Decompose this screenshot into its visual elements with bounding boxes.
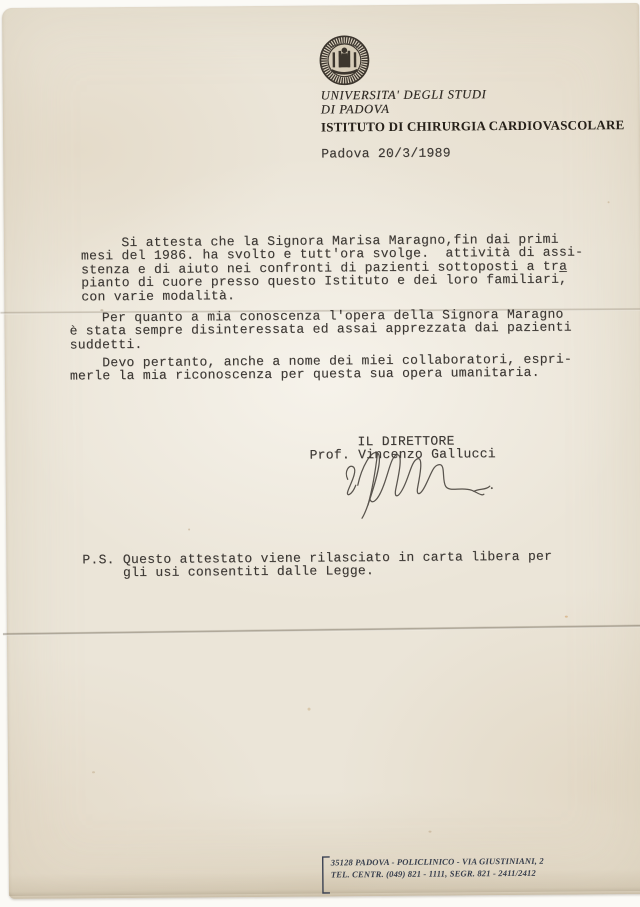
paper-speck bbox=[92, 771, 95, 773]
body-paragraph-2: Per quanto a mia conoscenza l'opera dell… bbox=[69, 308, 572, 352]
postscript: P.S. Questo attestato viene rilasciato i… bbox=[82, 550, 552, 581]
paper-speck bbox=[188, 529, 190, 531]
institute-name: ISTITUTO DI CHIRURGIA CARDIOVASCOLARE bbox=[321, 117, 625, 135]
letter-paper: UNIVERSITA' DEGLI STUDI DI PADOVA ISTITU… bbox=[2, 3, 640, 899]
handwritten-signature bbox=[333, 444, 498, 519]
university-name-line2: DI PADOVA bbox=[321, 102, 390, 116]
body-paragraph-1: Si attesta che la Signora Marisa Maragno… bbox=[81, 232, 584, 303]
paper-speck bbox=[608, 201, 610, 203]
university-name-line1: UNIVERSITA' DEGLI STUDI bbox=[321, 88, 487, 103]
body-paragraph-3: Devo pertanto, anche a nome dei miei col… bbox=[70, 353, 572, 384]
paper-speck bbox=[565, 616, 568, 618]
paper-speck bbox=[428, 831, 431, 833]
paper-speck bbox=[308, 708, 311, 711]
footer-address: 35128 PADOVA - POLICLINICO - VIA GIUSTIN… bbox=[331, 856, 544, 869]
footer-phone: TEL. CENTR. (049) 821 - 1111, SEGR. 821 … bbox=[331, 868, 536, 881]
paper-crease bbox=[3, 624, 640, 635]
university-seal-icon bbox=[318, 33, 370, 87]
dateline: Padova 20/3/1989 bbox=[321, 146, 451, 160]
